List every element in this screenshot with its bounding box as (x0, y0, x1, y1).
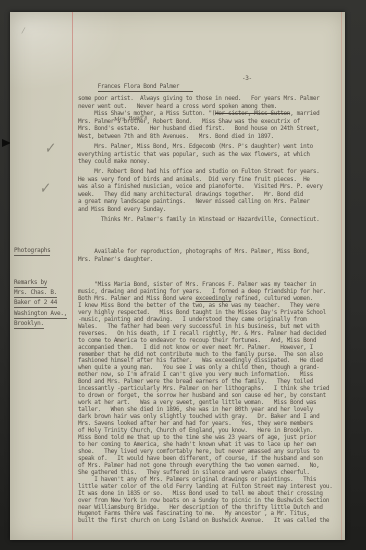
remarks-line: Remarks by (14, 279, 47, 288)
paragraph-family-location: Thinks Mr. Palmer's family in Winstead o… (78, 216, 344, 224)
pencil-checkmark: ✓ (44, 139, 57, 159)
paragraph-text: Thinks Mr. Palmer's family in Winstead o… (78, 216, 319, 223)
remarks-line: Brooklyn. (14, 320, 44, 329)
remarks-line: Mrs. Chas. B. (14, 289, 57, 298)
paragraph-miss-shaw: Miss Shaw's mother, a Miss Sutton. "(Her… (78, 110, 344, 140)
paragraph-text: some poor artist. Always giving to those… (78, 95, 319, 110)
paragraph-intro: some poor artist. Always giving to those… (78, 95, 344, 110)
pencil-mark-faint: / (21, 26, 26, 35)
doc-title: Frances Flora Bond Palmer (98, 83, 194, 92)
paragraph-baker-remarks: "Miss Maria Bond, sister of Mrs. Frances… (78, 282, 344, 525)
side-label-remarks-attribution: Remarks by Mrs. Chas. B. Baker of 2 44 W… (14, 279, 76, 330)
scanned-document: / Frances Flora Bond Palmer -3- some poo… (0, 0, 366, 550)
side-label-text: Photographs (14, 247, 50, 256)
paragraph-text: refined, cultured women. I knew Miss Bon… (78, 295, 332, 525)
paragraph-text: Mr. Robert Bond had his office and studi… (78, 168, 323, 213)
margin-rule-left (72, 12, 73, 540)
struck-out-text: Her sister, Miss Sutton (215, 110, 290, 117)
underlined-word: exceedingly (195, 295, 231, 302)
paragraph-photographs: Available for reproduction, photographs … (78, 248, 344, 263)
paragraph-text: Mrs. Palmer, Miss Bond, Mrs. Edgecomb (M… (78, 143, 313, 165)
page-number: -3- (242, 75, 252, 83)
paragraph-robert-bond: Mr. Robert Bond had his office and studi… (78, 168, 344, 214)
paragraph-wax-flowers: Mrs. Palmer, Miss Bond, Mrs. Edgecomb (M… (78, 143, 344, 166)
remarks-line: Washington Ave., (14, 310, 67, 319)
pencil-checkmark: ✓ (39, 179, 52, 199)
paragraph-text: Available for reproduction, photographs … (78, 248, 310, 263)
remarks-line: Baker of 2 44 (14, 299, 57, 308)
paper: / Frances Flora Bond Palmer -3- some poo… (10, 12, 345, 540)
side-label-photographs: Photographs (14, 247, 50, 256)
